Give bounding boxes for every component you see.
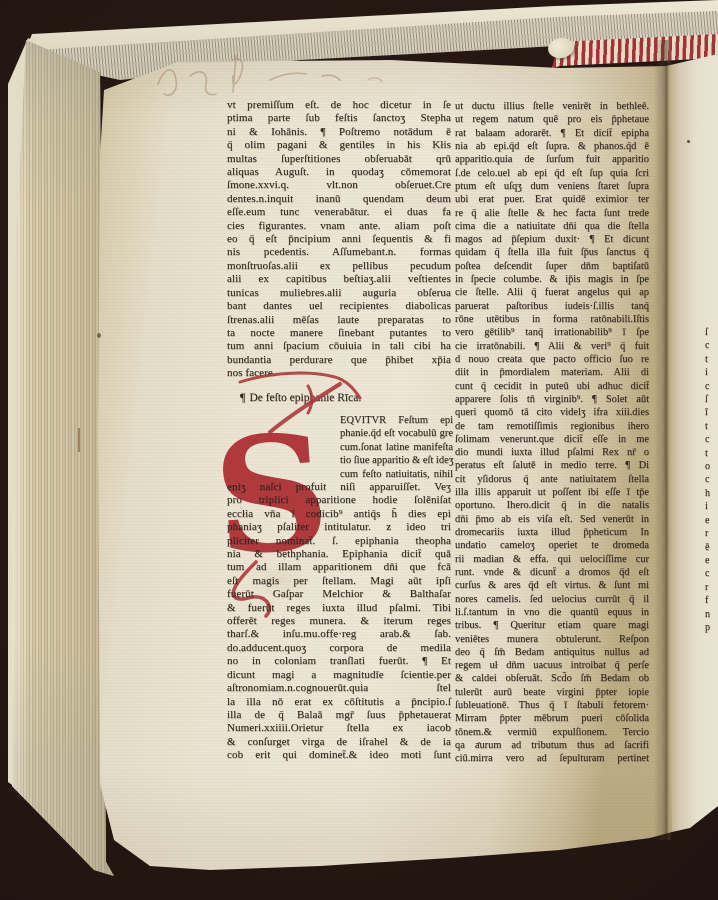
text-line: bant dantes uel recipientes diabolicas	[227, 300, 451, 313]
text-line: c	[705, 339, 718, 352]
text-line: cima die a natiuitate dn̄i qua die ſtell…	[455, 220, 649, 233]
text-line: nia & bethphania. Epiphania dicit̄ quā	[227, 548, 451, 561]
text-line: offerēt reges munera. & iterum reges	[227, 615, 451, 628]
text-line: quidam q̄ ſtella illa fuit ſp̄us ſanctus…	[455, 246, 649, 259]
text-line: & caldei obſeruāt. Scd̄o ſm̄ Bedam ob	[455, 672, 649, 685]
text-line: ē	[705, 541, 718, 554]
text-line: tribus. ¶ Queritur etiam quare magi	[455, 619, 649, 632]
text-line: apparitio.quia de ſurſum fuit apparitio	[455, 153, 649, 166]
text-line: ſolimam venerunt.que dicit̄ eſſe in me	[455, 433, 649, 446]
text-line: ciū.mirra vero ad ſepulturam pertinet	[455, 752, 649, 765]
text-line: Numeri.xxiiii.Orietur ſtella ex iacob	[227, 722, 451, 735]
text-line: o	[705, 460, 718, 473]
text-line: rat balaam adorarēt. ¶ Et dicit̄ epipha	[455, 127, 649, 140]
text-line: vero gētilib⁹ tanq̄ irrationabilib⁹ ī ſp…	[455, 326, 649, 339]
text-line: ta nocte manere ſinebant putantes to	[227, 327, 451, 340]
text-line: tum ad illam apparitionem dn̄i que fcā	[227, 561, 451, 574]
text-line: cob erit qui dominet̄.& ideo moti ſunt	[227, 749, 451, 762]
text-line: nis pcedentis. Aſſumebant.n. formas	[227, 246, 451, 259]
text-line: t	[705, 420, 718, 433]
text-line: la illa nō erat ex cōſtitutis a p̄ncipio…	[227, 696, 451, 709]
text-line: c	[705, 380, 718, 393]
text-line: i	[705, 500, 718, 513]
text-line: dicunt magi a magnitudīe ſcientie.per	[227, 669, 451, 682]
text-line: i	[705, 366, 718, 379]
text-line: queri quomō tā cito videlʒ ifra xiii.die…	[455, 406, 649, 419]
text-line: cunt q̄ cecidit in puteū ubi adhuc dicit…	[455, 380, 649, 393]
text-line: deo q̄ ſm̄ Bedam antiquitus nullus ad	[455, 646, 649, 659]
text-line: cie irratōnabili. ¶ Alii & veri⁹ q̄ fuit	[455, 340, 649, 353]
text-line: ſmone.xxvi.q. vlt.non obſeruet.Cre	[227, 179, 451, 192]
text-line: p	[705, 621, 718, 634]
text-line: bundantia perdurare que p̄hibet xp̄ia	[227, 354, 451, 367]
text-line: in ſpecie columbe. & ip̄is magis in ſpe	[455, 273, 649, 286]
text-line: diit in p̄mordialem materiam. Alii di	[455, 366, 649, 379]
text-line: ubi erat puer. Erat quidē eximior ter	[455, 193, 649, 206]
text-line: t	[705, 447, 718, 460]
text-line: tulerūt aurū beate virgini p̄pter iopie	[455, 686, 649, 699]
text-line: ni & Iohānis. ¶ Poſtremo notādum ē	[227, 126, 451, 139]
text-line: tunicas muliebres.alii auguria obſerua	[227, 287, 451, 300]
text-line: e	[705, 554, 718, 567]
text-line: ptima parte ſub feſtis ſanctoʒ Stepha	[227, 112, 451, 125]
ink-speck	[687, 140, 690, 143]
text-line: vt premiſſum eſt. de hoc dicetur in ſe	[227, 99, 451, 112]
text-line: pro triplici apparitione hodie ſolēniſat	[227, 494, 451, 507]
text-line: eſt magis per ſtellam. Magi aūt ipſi	[227, 575, 451, 588]
text-line: magos ad p̄ſepium duxit· ¶ Et dicunt	[455, 233, 649, 246]
text-line: illa illis apparuit ut poſſent ibi eſſe …	[455, 486, 649, 499]
text-line: ī	[705, 406, 718, 419]
text-line: h	[705, 487, 718, 500]
text-line: de tam remotiſſimis regionibus ihero	[455, 420, 649, 433]
text-line: monſtruoſas.alii ex pellibus pecudum	[227, 260, 451, 273]
handwritten-inscription	[138, 44, 428, 104]
text-line: eniʒ naſci profuit niſi apparuiſſet. Veʒ	[227, 481, 451, 494]
text-line: cies figurantes. vnam ante. aliam poſt	[227, 220, 451, 233]
text-line: tōnem.& vermiū expulſionem. Tercio	[455, 726, 649, 739]
text-line: eo q̄ eſt p̄ncipium anni ſequentis & fi	[227, 233, 451, 246]
text-line: dromecariis iuxta illud p̄pheticum In	[455, 526, 649, 539]
ink-speck	[97, 333, 101, 338]
text-line: do.adducent.quoʒ corpora de medila	[227, 642, 451, 655]
text-line: eccłia vn̄a ī codicib⁹ antiq̄s h̄ dies e…	[227, 508, 451, 521]
text-line: dn̄i p̄mo ab eis viſa eſt. Sed venerūt i…	[455, 513, 649, 526]
text-line: ſubleuationē. Thus q̄ ī ſtabuli fetorem·	[455, 699, 649, 712]
text-line: & fuerūt reges iuxta illud pſalmi. Tibi	[227, 602, 451, 615]
text-line: ſtrenas.alii mēſas laute preparatas to	[227, 314, 451, 327]
text-line: re q̄ alie ſtelle & hec facta ſunt trede	[455, 207, 649, 220]
text-line: pliciter nominat̄. ſ. epiphania theopha	[227, 535, 451, 548]
text-line: tharſ.& inſu.mu.offe·reg arab.& ſab.	[227, 628, 451, 641]
text-line: d nouo creata que pacto officio ſuo re	[455, 353, 649, 366]
text-line: phaniaʒ pſaliter intitulatur. z ideo tri	[227, 521, 451, 534]
column-1-paragraph-2: eniʒ naſci profuit niſi apparuiſſet. Veʒ…	[227, 481, 451, 763]
text-line: & conſurget virga de iſrahel & de ia	[227, 736, 451, 749]
text-line: n	[705, 608, 718, 621]
text-line: ſ	[705, 393, 718, 406]
text-line: paruerat paſtoribus iudeis·ſ.illis tanq̄	[455, 300, 649, 313]
column-1-paragraph-1: vt premiſſum eſt. de hoc dicetur in ſept…	[227, 99, 451, 381]
text-line: runt. vnde & dicunt̄ a dromos q̄d eſt	[455, 566, 649, 579]
text-line: c	[705, 567, 718, 580]
text-line: c	[705, 473, 718, 486]
text-line: q̄ olim pagani & gentiles in his Kłis	[227, 139, 451, 152]
text-line: multas ſuperſtitiones obſeruabāt qrū	[227, 153, 451, 166]
text-line: peratus eſt ſalutē in medio terre. ¶ Di	[455, 459, 649, 472]
text-line: EQVITVR Feſtum epi	[340, 414, 453, 427]
text-line: apparere ſolis tn̄ virginib⁹. ¶ Solet aū…	[455, 393, 649, 406]
text-line: t	[705, 353, 718, 366]
column-1-dropcap-lines: EQVITVR Feſtum epiphanie.q̄d eſt vocabul…	[340, 414, 453, 481]
book-photo: vt premiſſum eſt. de hoc dicetur in ſept…	[0, 0, 718, 900]
text-line: r	[705, 527, 718, 540]
text-line: tio ſiue apparitio & eſt ideʒ	[340, 454, 453, 467]
text-line: r	[705, 581, 718, 594]
text-line: cum.ſonat latine manifeſta	[340, 441, 453, 454]
text-line: cie ſtelle. Alii q̄ fuerat angelus qui a…	[455, 286, 649, 299]
text-line: fuerūt Gaſpar Melchior & Balthaſar	[227, 588, 451, 601]
text-line: ſ	[705, 326, 718, 339]
text-line: dio mundi iuxta illud pſalmi Rex nr̄ o	[455, 446, 649, 459]
text-line: nia ab epi.q̄d eſt ſupra. & phanos.q̄d ē	[455, 140, 649, 153]
text-line: undatio cameloʒ operiet te dromeda	[455, 539, 649, 552]
text-line: phanie.q̄d eſt vocabulū gre	[340, 427, 453, 440]
text-line: li.ſ.tantum in vno die quantū equus in	[455, 606, 649, 619]
text-line: curſus & ares q̄d eſt virtus. & ſunt mi	[455, 579, 649, 592]
text-line: ſ.de celo.uel ab epi q̄d eſt ſup quia ſc…	[455, 167, 649, 180]
text-line: illa de q̄ Balaā mgr̄ ſuus p̄phetauerat	[227, 709, 451, 722]
text-line: veniētes munera obtulerunt. Reſpon	[455, 633, 649, 646]
text-line: Mirram p̄pter mēbrum pueri cōſolida	[455, 712, 649, 725]
text-line: ut ductu illius ſtelle venirēt in bethle…	[455, 100, 649, 113]
text-line: rōne utētibus in forma ratōnabili.Iſtis	[455, 313, 649, 326]
facing-page-letter-fragments: ſcticſītctochierēecrfnp	[705, 326, 718, 772]
text-line: poſtea deſcendit ſuper dn̄m baptiſatū	[455, 260, 649, 273]
text-line: e	[705, 514, 718, 527]
text-line: cit yſidorus q̄ ante natiuitatem ſtella	[455, 473, 649, 486]
text-line: rii madian & effa. qui uelociſſime cur	[455, 553, 649, 566]
text-line: aliquas Auguſt. in quodaʒ cōmemorat	[227, 166, 451, 179]
text-line: ut regem natum quē pro eis p̄phetaue	[455, 113, 649, 126]
text-line: alii ex capitibus beſtiaʒ.alii veſtiente…	[227, 273, 451, 286]
text-line: dentes.n.inquit inanū quendam deum	[227, 193, 451, 206]
text-line: f	[705, 594, 718, 607]
text-line: nores camelis. ſed uelocius currūt q̄ il	[455, 593, 649, 606]
text-line: no in coloniam tranſlati fuerūt. ¶ Et	[227, 655, 451, 668]
text-line: c	[705, 433, 718, 446]
text-line: cum feſto natiuitatis, nihil	[340, 468, 453, 481]
text-line: oportuno. Ihero.dicit q̄ in die natalis	[455, 499, 649, 512]
text-line: aſtronomiam.n.cognouerūt.quia ſtel	[227, 682, 451, 695]
text-line: tum anni ſpacium cōuiuia in tali cibi ha	[227, 340, 451, 353]
gutter-crease	[654, 40, 672, 840]
text-line: eſſe.eum tunc venerabātur. ei duas fa	[227, 206, 451, 219]
column-2: ut ductu illius ſtelle venirēt in bethle…	[455, 100, 649, 766]
text-line: qa aurum ad tributum thus ad ſacrifi	[455, 739, 649, 752]
text-line: regem uł dn̄m uacuus introibat q̄ perſe	[455, 659, 649, 672]
text-line: ptum eſt uſqʒ dum veniens ſtaret ſupra	[455, 180, 649, 193]
stain-mark	[78, 428, 80, 452]
